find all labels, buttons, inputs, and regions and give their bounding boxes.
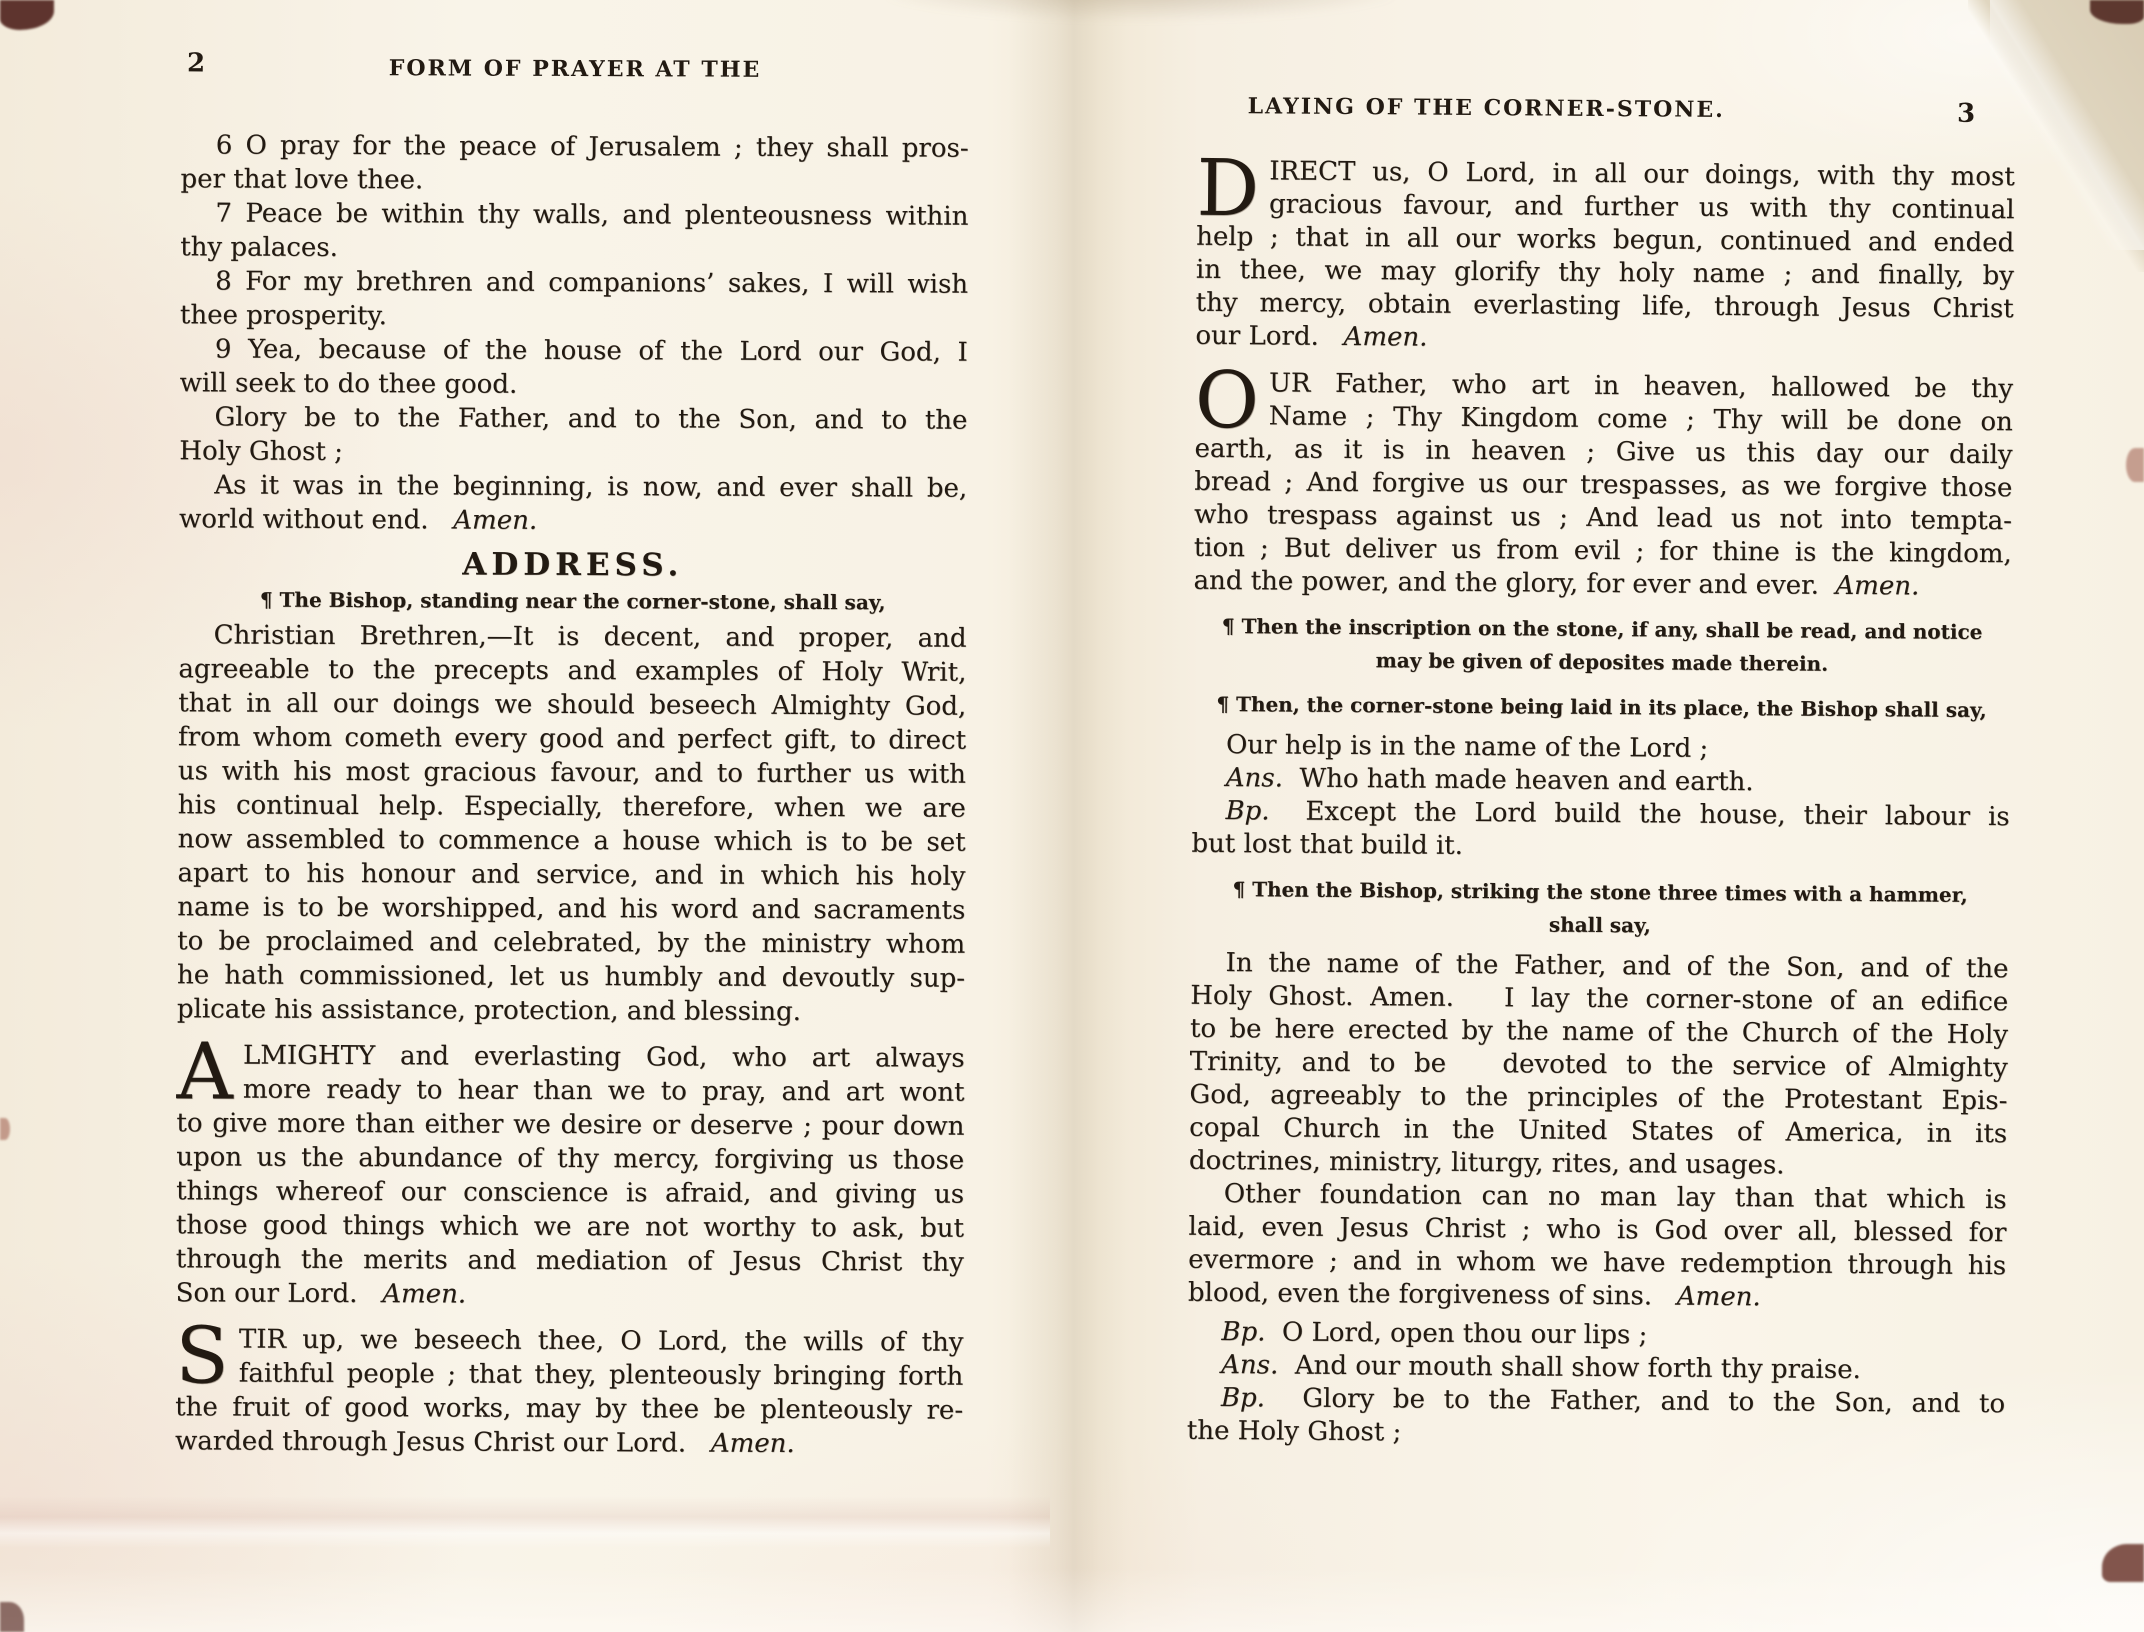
rubric-inscription: ¶ Then the inscription on the stone, if …: [1193, 610, 2011, 682]
left-page: 2 FORM OF PRAYER AT THE 6 O pray for the…: [175, 54, 969, 1461]
address-paragraph: Christian Brethren,—It is decent, and pr…: [177, 618, 967, 1029]
text-line: ¶ Then the inscription on the stone, if …: [1193, 610, 2011, 649]
right-page-body: D IRECT us, O Lord, in all our doings, w…: [1187, 155, 2015, 1454]
text-line: blood, even the forgiveness of sins. Ame…: [1188, 1277, 2006, 1316]
text-line: agreeable to the precepts and examples o…: [178, 652, 966, 689]
text-line: 8 For my brethren and companions’ sakes,…: [180, 264, 968, 301]
running-head: FORM OF PRAYER AT THE: [389, 55, 762, 83]
text-line: ¶ The Bishop, standing near the corner-s…: [179, 586, 967, 615]
rubric-bishop-standing: ¶ The Bishop, standing near the corner-s…: [179, 586, 967, 615]
text-line: to give more than either we desire or de…: [176, 1106, 964, 1143]
drop-cap-D: D: [1196, 155, 1269, 221]
prayer-stir-up: S TIR up, we beseech thee, O Lord, the w…: [175, 1322, 964, 1461]
text-line: name is to be worshipped, and his word a…: [177, 890, 965, 927]
text-line: thy palaces.: [180, 230, 968, 267]
text-line: and the power, and the glory, for ever a…: [1193, 565, 2011, 604]
text-line: 6 O pray for the peace of Jerusalem ; th…: [181, 128, 969, 165]
left-page-body: 6 O pray for the peace of Jerusalem ; th…: [175, 128, 969, 1461]
text-line: from whom cometh every good and perfect …: [178, 720, 966, 757]
drop-cap-A: A: [176, 1038, 243, 1103]
text-line: warded through Jesus Christ our Lord. Am…: [175, 1424, 963, 1461]
text-line: us with his most gracious favour, and to…: [178, 754, 966, 791]
text-line: Son our Lord. Amen.: [176, 1276, 964, 1313]
text-line: that in all our doings we should beseech…: [178, 686, 966, 723]
text-line: world without end. Amen.: [179, 502, 967, 539]
text-line: per that love thee.: [180, 162, 968, 199]
text-line: LMIGHTY and everlasting God, who art alw…: [177, 1038, 965, 1075]
scan-stain-left-edge: [0, 1118, 10, 1140]
text-line: 9 Yea, because of the house of the Lord …: [180, 332, 968, 369]
text-line: the fruit of good works, may by thee be …: [175, 1390, 963, 1427]
paragraph-other-foundation: Other foundation can no man lay than tha…: [1188, 1178, 2007, 1316]
psalm-verse-9: 9 Yea, because of the house of the Lord …: [180, 332, 968, 403]
screenshot-stage: 2 FORM OF PRAYER AT THE 6 O pray for the…: [0, 0, 2144, 1632]
text-line: Holy Ghost ;: [179, 434, 967, 471]
text-line: things whereof our conscience is afraid,…: [176, 1174, 964, 1211]
text-line: more ready to hear than we to pray, and …: [176, 1072, 964, 1109]
left-page-crease: [0, 1496, 1050, 1548]
psalm-verse-8: 8 For my brethren and companions’ sakes,…: [180, 264, 968, 335]
text-line: As it was in the beginning, is now, and …: [179, 468, 967, 505]
text-line: faithful people ; that they, plenteously…: [175, 1356, 963, 1393]
scan-stain-right-edge: [2126, 448, 2144, 482]
versicles-open-our-lips: Bp. O Lord, open thou our lips ;Ans. And…: [1187, 1316, 2006, 1454]
text-line: ¶ Then, the corner-stone being laid in i…: [1192, 688, 2010, 727]
text-line: 7 Peace be within thy walls, and plenteo…: [180, 196, 968, 233]
psalm-verse-7: 7 Peace be within thy walls, and plenteo…: [180, 196, 968, 267]
rubric-striking-stone: ¶ Then the Bishop, striking the stone th…: [1191, 873, 2009, 945]
page-number: 3: [1957, 99, 1975, 129]
text-line: upon us the abundance of thy mercy, forg…: [176, 1140, 964, 1177]
text-line: but lost that build it.: [1191, 828, 2009, 867]
versicles-our-help: Our help is in the name of the Lord ;Ans…: [1191, 729, 2010, 867]
text-line: those good things which we are not worth…: [176, 1208, 964, 1245]
left-page-header: 2 FORM OF PRAYER AT THE: [181, 54, 969, 97]
gloria-patri-line-1: Glory be to the Father, and to the Son, …: [179, 400, 967, 471]
running-head: LAYING OF THE CORNER-STONE.: [1248, 93, 1725, 123]
text-line: will seek to do thee good.: [180, 366, 968, 403]
text-line: his continual help. Especially, therefor…: [178, 788, 966, 825]
right-page-header: LAYING OF THE CORNER-STONE. 3: [1197, 93, 2015, 139]
text-line: he hath commissioned, let us humbly and …: [177, 958, 965, 995]
text-line: ¶ Then the Bishop, striking the stone th…: [1191, 873, 2009, 912]
page-number: 2: [187, 48, 205, 78]
text-line: the Holy Ghost ;: [1187, 1415, 2005, 1454]
text-line: may be given of deposites made therein.: [1193, 643, 2011, 682]
text-line: plicate his assistance, protection, and …: [177, 992, 965, 1029]
bottom-edge-haze: [0, 1568, 2144, 1632]
prayer-almighty: A LMIGHTY and everlasting God, who art a…: [176, 1038, 965, 1313]
rubric-stone-laid: ¶ Then, the corner-stone being laid in i…: [1192, 688, 2010, 727]
text-line: TIR up, we beseech thee, O Lord, the wil…: [175, 1322, 963, 1359]
text-line: our Lord. Amen.: [1195, 320, 2013, 359]
gloria-patri-line-2: As it was in the beginning, is now, and …: [179, 468, 967, 539]
page-gutter-shadow: [1008, 0, 1128, 1632]
prayer-direct-us: D IRECT us, O Lord, in all our doings, w…: [1195, 155, 2015, 359]
prayer-our-father: O UR Father, who art in heaven, hallowed…: [1193, 367, 2013, 604]
drop-cap-O: O: [1195, 367, 1269, 433]
text-line: shall say,: [1191, 906, 2009, 945]
text-line: Glory be to the Father, and to the Son, …: [179, 400, 967, 437]
text-line: through the merits and mediation of Jesu…: [176, 1242, 964, 1279]
drop-cap-S: S: [175, 1322, 239, 1387]
text-line: thee prosperity.: [180, 298, 968, 335]
text-line: to be proclaimed and celebrated, by the …: [177, 924, 965, 961]
paragraph-laying-declaration: In the name of the Father, and of the So…: [1189, 947, 2009, 1184]
address-heading: ADDRESS.: [179, 546, 967, 583]
text-line: Christian Brethren,—It is decent, and pr…: [178, 618, 966, 655]
text-line: apart to his honour and service, and in …: [177, 856, 965, 893]
right-page: LAYING OF THE CORNER-STONE. 3 D IRECT us…: [1187, 93, 2016, 1460]
text-line: now assembled to commence a house which …: [178, 822, 966, 859]
psalm-verse-6: 6 O pray for the peace of Jerusalem ; th…: [180, 128, 968, 199]
